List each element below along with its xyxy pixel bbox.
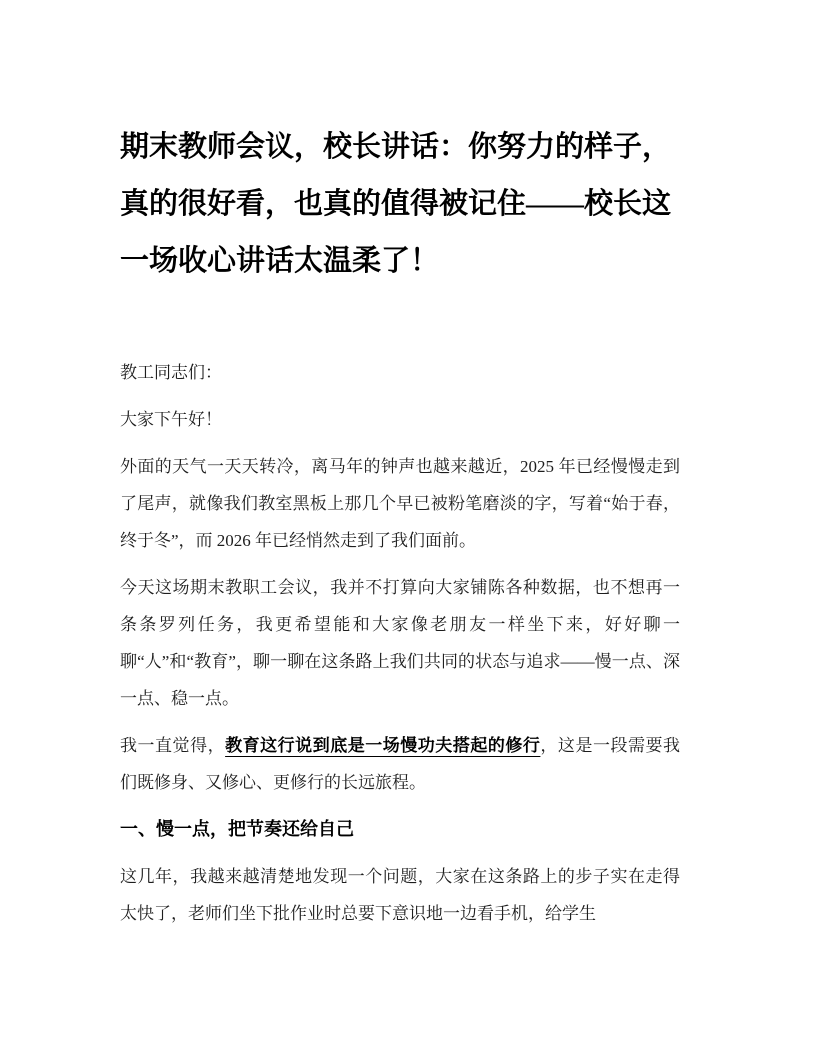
document-body: 教工同志们： 大家下午好！ 外面的天气一天天转冷，离马年的钟声也越来越近，202…: [120, 354, 680, 932]
paragraph-meeting-purpose: 今天这场期末教职工会议，我并不打算向大家铺陈各种数据，也不想再一条条罗列任务，我…: [120, 569, 680, 717]
document-title: 期末教师会议，校长讲话：你努力的样子，真的很好看，也真的值得被记住——校长这一场…: [120, 119, 680, 290]
paragraph-emphasis: 我一直觉得，教育这行说到底是一场慢功夫搭起的修行，这是一段需要我们既修身、又修心…: [120, 727, 680, 801]
section-heading-slow-down: 一、慢一点，把节奏还给自己: [120, 811, 680, 848]
paragraph-observation: 这几年，我越来越清楚地发现一个问题，大家在这条路上的步子实在走得太快了，老师们坐…: [120, 858, 680, 932]
emphasis-bold-underlined-text: 教育这行说到底是一场慢功夫搭起的修行: [225, 736, 540, 755]
salutation-line: 教工同志们：: [120, 354, 680, 391]
paragraph-weather-yearend: 外面的天气一天天转冷，离马年的钟声也越来越近，2025 年已经慢慢走到了尾声，就…: [120, 448, 680, 559]
emphasis-prefix-text: 我一直觉得，: [120, 736, 225, 755]
greeting-line: 大家下午好！: [120, 401, 680, 438]
document-page: 期末教师会议，校长讲话：你努力的样子，真的很好看，也真的值得被记住——校长这一场…: [0, 0, 816, 1056]
